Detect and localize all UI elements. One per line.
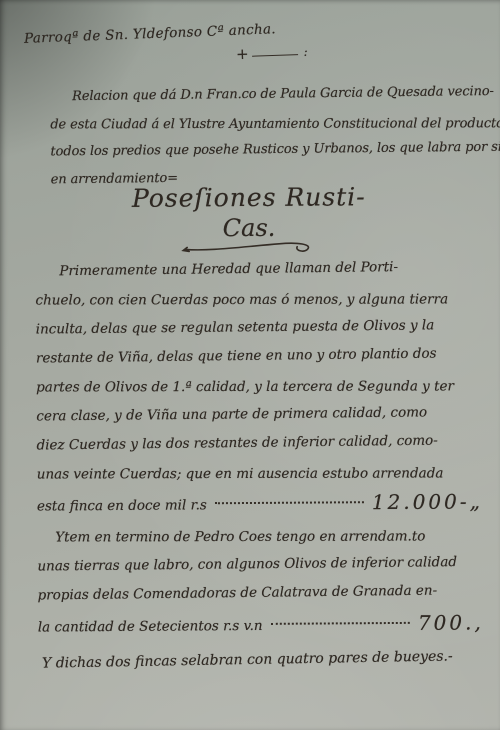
entry2-amount-label: la cantidad de Setecientos r.s v.n xyxy=(38,612,263,643)
entry-line: restante de Viña, delas que tiene en uno… xyxy=(36,339,482,373)
intro-paragraph: Relacion que dá D.n Fran.co de Paula Gar… xyxy=(50,80,487,193)
document-body: Relacion que dá D.n Fran.co de Paula Gar… xyxy=(0,0,500,730)
entry1-amount-row: esta finca en doce mil r.s 12.000-„ xyxy=(37,486,483,521)
intro-line: Relacion que dá D.n Fran.co de Paula Gar… xyxy=(50,78,486,111)
section-heading: Poseſiones Rusti- Cas. xyxy=(0,181,499,255)
manuscript-page: Parroqª de Sn. Yldefonso Cª ancha. + : R… xyxy=(0,0,500,730)
entry-line: Primeramente una Heredad que llaman del … xyxy=(35,252,481,286)
entry2-amount-row: la cantidad de Setecientos r.s v.n 700., xyxy=(38,607,484,642)
entry-line: propias delas Comendadoras de Calatrava … xyxy=(37,576,483,610)
closing-line: Y dichas dos fincas selabran con quatro … xyxy=(42,648,453,671)
section-heading-line1: Poseſiones Rusti- xyxy=(0,181,499,213)
section-heading-line2: Cas. xyxy=(0,212,499,243)
entry2-amount-value: 700., xyxy=(418,608,484,637)
entry1-amount-label: esta finca en doce mil r.s xyxy=(37,491,207,521)
entry1-amount-value: 12.000-„ xyxy=(372,487,483,517)
dotted-leader xyxy=(271,622,410,625)
dotted-leader xyxy=(215,501,364,504)
entry-rustic-2: Ytem en termino de Pedro Coes tengo en a… xyxy=(37,520,484,642)
entry-rustic-1: Primeramente una Heredad que llaman del … xyxy=(35,254,483,521)
entry-line: unas veinte Cuerdas; que en mi ausencia … xyxy=(37,459,483,489)
entry-line: diez Cuerdas y las dos restantes de infe… xyxy=(36,426,482,460)
